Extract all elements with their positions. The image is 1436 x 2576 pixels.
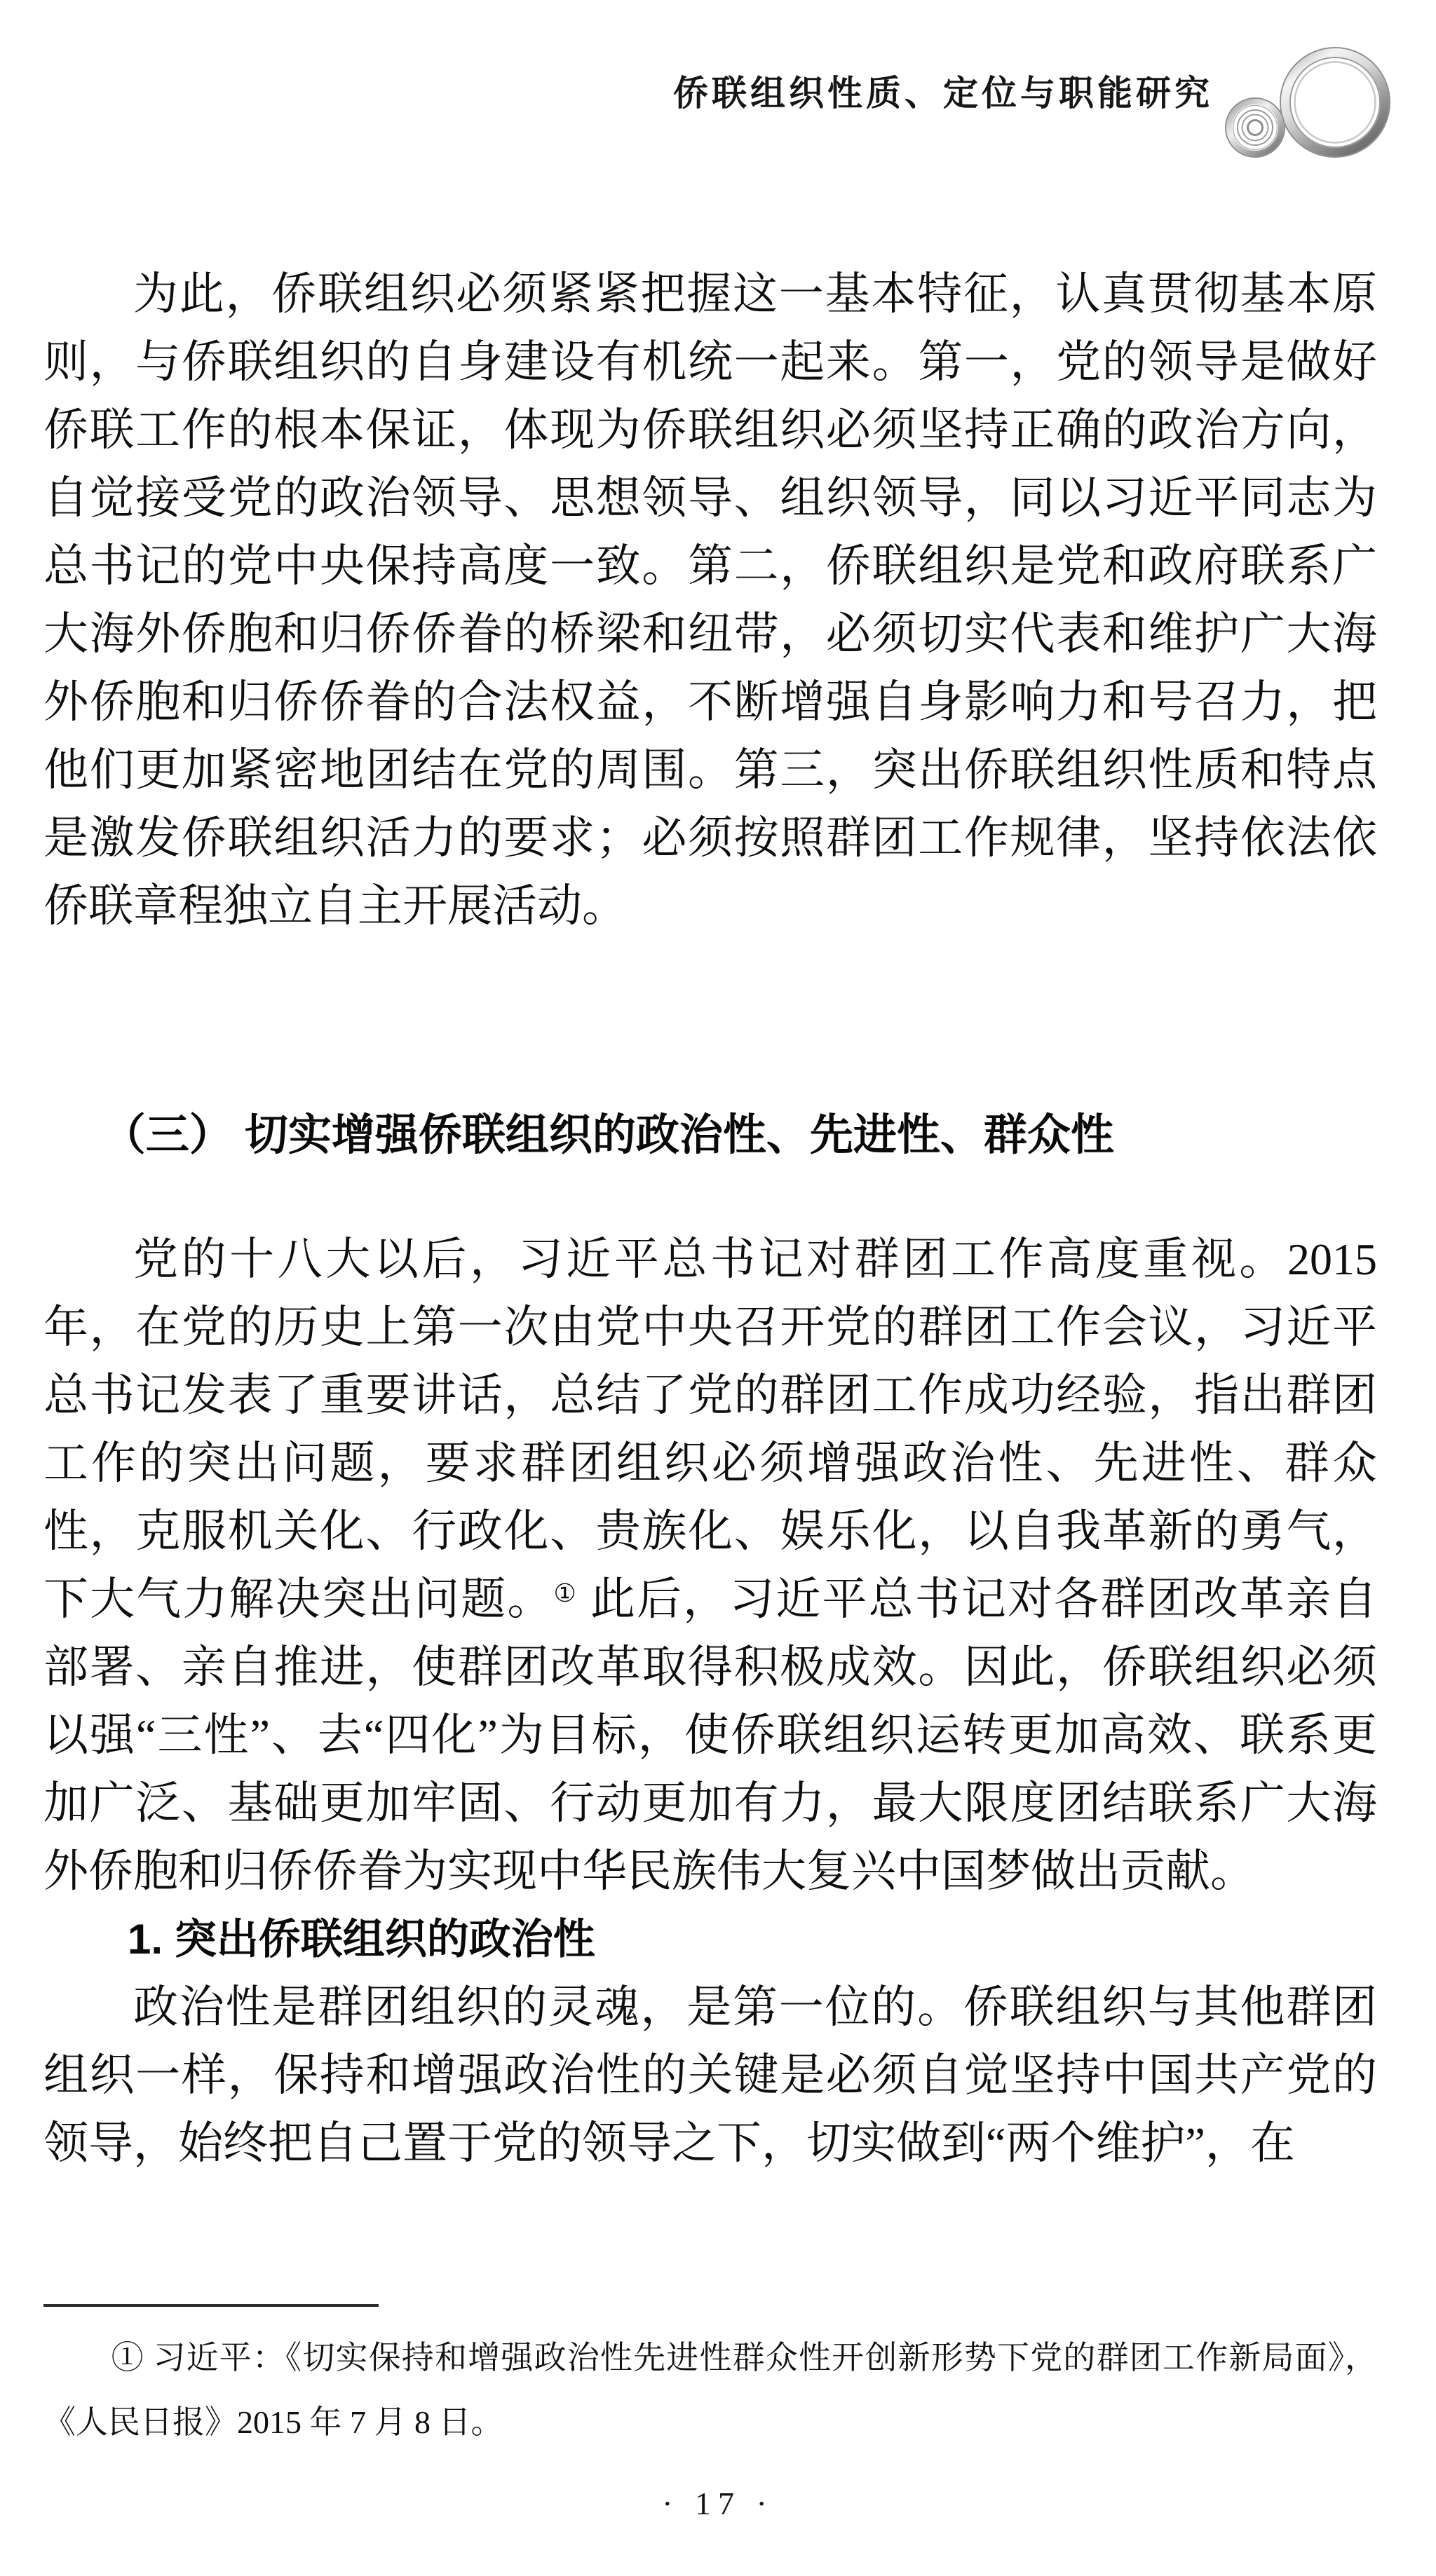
paragraph: 党的十八大以后，习近平总书记对群团工作高度重视。2015年，在党的历史上第一次由… (43, 1225, 1377, 1905)
book-page: 侨联组织性质、定位与职能研究 (0, 0, 1436, 2576)
section-heading: （三） 切实增强侨联组织的政治性、先进性、群众性 (43, 1101, 1377, 1169)
rings-ornament-icon (1205, 36, 1408, 170)
footnote-divider (43, 2304, 379, 2307)
running-head-title: 侨联组织性质、定位与职能研究 (0, 70, 1213, 116)
footnote: ① 习近平：《切实保持和增强政治性先进性群众性开创新形势下党的群团工作新局面》，… (43, 2326, 1377, 2455)
paragraph-text: 党的十八大以后，习近平总书记对群团工作高度重视。2015年，在党的历史上第一次由… (43, 1234, 1377, 1624)
paragraph: 为此，侨联组织必须紧紧把握这一基本特征，认真贯彻基本原则，与侨联组织的自身建设有… (43, 260, 1377, 940)
body-text: 为此，侨联组织必须紧紧把握这一基本特征，认真贯彻基本原则，与侨联组织的自身建设有… (43, 260, 1377, 2177)
footnote-reference: ① (553, 1579, 577, 1607)
sub-heading: 1. 突出侨联组织的政治性 (43, 1905, 1377, 1973)
paragraph: 政治性是群团组织的灵魂，是第一位的。侨联组织与其他群团组织一样，保持和增强政治性… (43, 1973, 1377, 2177)
page-number: · 17 · (0, 2485, 1436, 2522)
